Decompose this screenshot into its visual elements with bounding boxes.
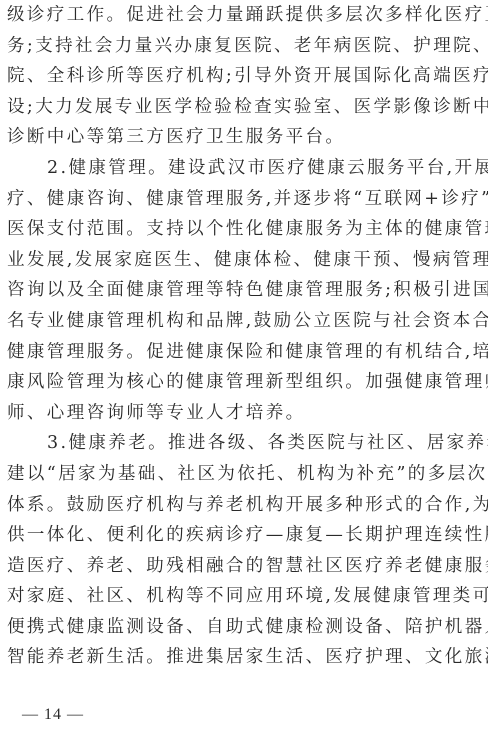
paragraph-health-management: 2.健康管理。建设武汉市医疗健康云服务平台,开展远程医 疗、健康咨询、健康管理服… bbox=[7, 153, 489, 428]
text-line: 设;大力发展专业医学检验检查实验室、医学影像诊断中心、病理 bbox=[7, 92, 488, 123]
text-line: 疗、健康咨询、健康管理服务,并逐步将“互联网+诊疗”服务纳入 bbox=[7, 184, 488, 215]
section-heading-line: 2.健康管理。建设武汉市医疗健康云服务平台,开展远程医 bbox=[7, 153, 488, 184]
text-line: 级诊疗工作。促进社会力量踊跃提供多层次多样化医疗卫生服 bbox=[7, 0, 488, 31]
text-line: 体系。鼓励医疗机构与养老机构开展多种形式的合作,为患者提 bbox=[7, 490, 488, 521]
paragraph-continuation: 级诊疗工作。促进社会力量踊跃提供多层次多样化医疗卫生服 务;支持社会力量兴办康复… bbox=[7, 0, 489, 153]
text-line: 智能养老新生活。推进集居家生活、医疗护理、文化旅游、健身运 bbox=[7, 642, 488, 673]
text-line: 咨询以及全面健康管理等特色健康管理服务;积极引进国内外知 bbox=[7, 275, 488, 306]
text-line: 务;支持社会力量兴办康复医院、老年病医院、护理院、临终关怀医 bbox=[7, 31, 488, 62]
text-line: 造医疗、养老、助残相融合的智慧社区医疗养老健康服务平台,针 bbox=[7, 551, 488, 582]
text-line: 业发展,发展家庭医生、健康体检、健康干预、慢病管理、心理健康 bbox=[7, 245, 488, 276]
paragraph-health-elderly-care: 3.健康养老。推进各级、各类医院与社区、居家养老结合,构 建以“居家为基础、社区… bbox=[7, 428, 489, 673]
text-line: 健康管理服务。促进健康保险和健康管理的有机结合,培育以健 bbox=[7, 337, 488, 368]
text-line: 院、全科诊所等医疗机构;引导外资开展国际化高端医疗中心建 bbox=[7, 61, 488, 92]
text-line: 便携式健康监测设备、自助式健康检测设备、陪护机器人等,打造 bbox=[7, 612, 488, 643]
text-line: 名专业健康管理机构和品牌,鼓励公立医院与社会资本合作开展 bbox=[7, 306, 488, 337]
text-line: 对家庭、社区、机构等不同应用环境,发展健康管理类可穿戴设备、 bbox=[7, 581, 488, 612]
document-page: 级诊疗工作。促进社会力量踊跃提供多层次多样化医疗卫生服 务;支持社会力量兴办康复… bbox=[7, 0, 489, 673]
page-number: — 14 — bbox=[22, 706, 84, 724]
section-heading-line: 3.健康养老。推进各级、各类医院与社区、居家养老结合,构 bbox=[7, 428, 488, 459]
text-line: 师、心理咨询师等专业人才培养。 bbox=[7, 398, 488, 429]
text-line: 供一体化、便利化的疾病诊疗—康复—长期护理连续性服务。打 bbox=[7, 520, 488, 551]
text-line: 康风险管理为核心的健康管理新型组织。加强健康管理师、营养 bbox=[7, 367, 488, 398]
text-line: 诊断中心等第三方医疗卫生服务平台。 bbox=[7, 122, 488, 153]
text-line: 医保支付范围。支持以个性化健康服务为主体的健康管理服务产 bbox=[7, 214, 488, 245]
text-line: 建以“居家为基础、社区为依托、机构为补充”的多层次养老服务 bbox=[7, 459, 488, 490]
